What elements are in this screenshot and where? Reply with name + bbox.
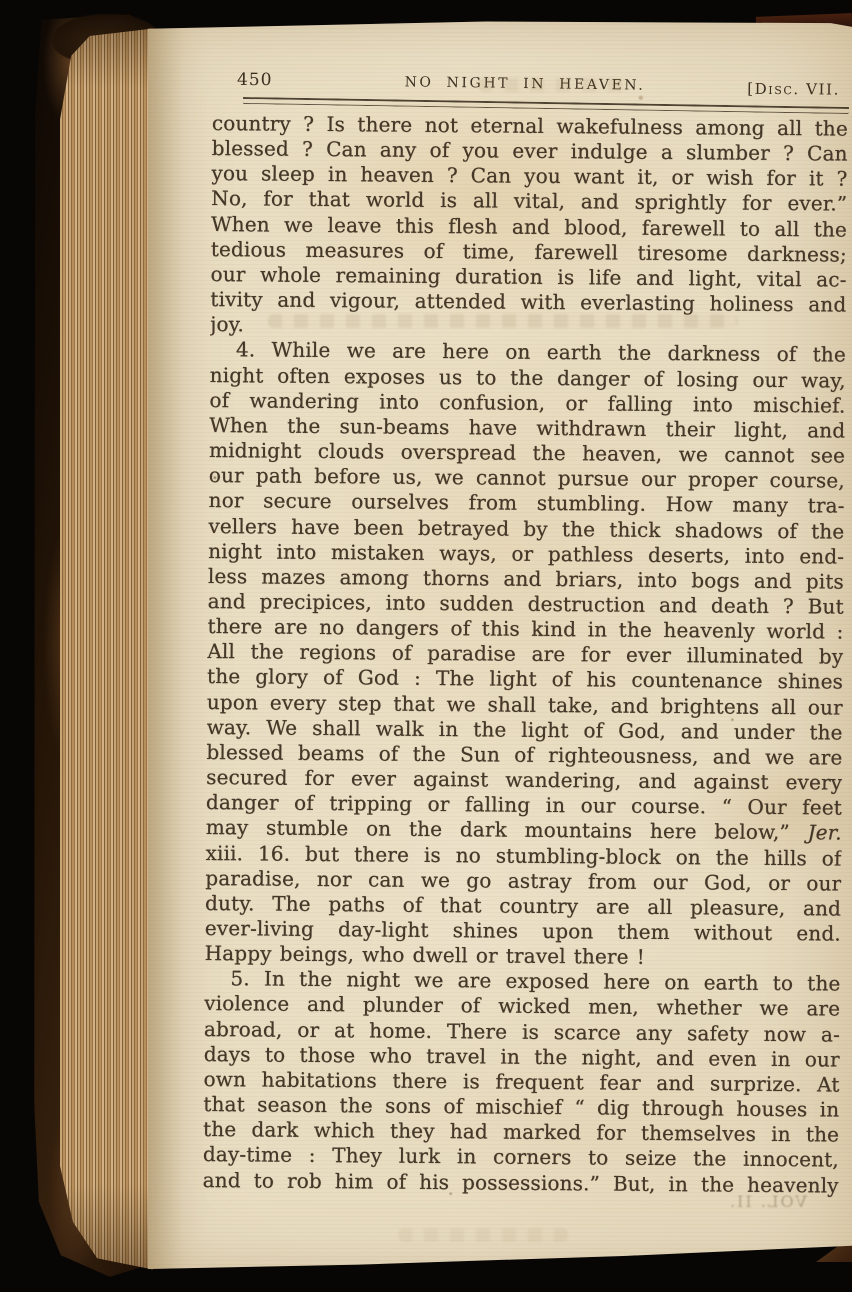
- show-through-smudge: [268, 314, 738, 328]
- book-page: 450 NO NIGHT IN HEAVEN. [Disc. VII. coun…: [148, 20, 852, 1274]
- section-label: [Disc. VII.: [710, 79, 840, 98]
- show-through-smudge: [398, 1228, 568, 1242]
- show-through-volume-label: VOL. II.: [728, 1192, 807, 1211]
- text-block: country ? Is there not eternal wakefulne…: [203, 111, 848, 1198]
- scanned-book-photo: 450 NO NIGHT IN HEAVEN. [Disc. VII. coun…: [0, 0, 852, 1292]
- page-number: 450: [237, 70, 273, 90]
- page-edges-stack: [60, 26, 153, 1272]
- show-through-smudge: [478, 78, 628, 92]
